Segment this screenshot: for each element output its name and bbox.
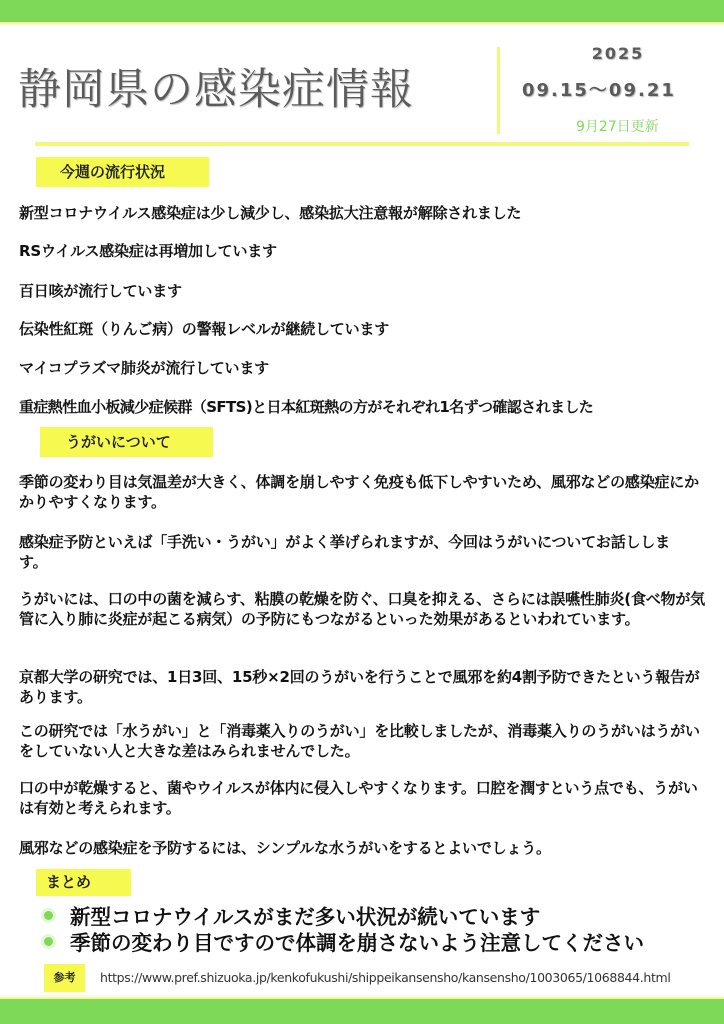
- gargle-paragraph: うがいには、口の中の菌を減らす、粘膜の乾燥を防ぐ、口臭を抑える、さらには誤嚥性肺…: [19, 589, 709, 629]
- bullet-dot-icon: [44, 937, 53, 946]
- reference-label: 参考: [44, 964, 85, 992]
- gargle-paragraph: 京都大学の研究では、1日3回、15秒×2回のうがいを行うことで風邪を約4割予防で…: [19, 667, 709, 707]
- summary-item: 季節の変わり目ですので体調を崩さないよう注意してください: [44, 926, 644, 956]
- bullet-dot-icon: [44, 911, 53, 920]
- status-item: RSウイルス感染症は再増加しています: [19, 240, 277, 261]
- header-divider-horizontal: [35, 142, 689, 146]
- top-band-yellow-edge: [0, 22, 724, 26]
- section-heading-summary: まとめ: [36, 869, 131, 896]
- report-year: 2025: [505, 44, 724, 63]
- gargle-paragraph: 季節の変わり目は気温差が大きく、体調を崩しやすく免疫も低下しやすいため、風邪など…: [19, 472, 709, 512]
- top-green-band: [0, 0, 724, 22]
- header-divider-vertical: [497, 47, 500, 134]
- status-item: 伝染性紅斑（りんご病）の警報レベルが継続しています: [19, 318, 389, 339]
- updated-date: 9月27日更新: [576, 116, 659, 136]
- status-item: マイコプラズマ肺炎が流行しています: [19, 357, 269, 378]
- gargle-paragraph: 風邪などの感染症を予防するには、シンプルな水うがいをするとよいでしょう。: [19, 838, 709, 858]
- summary-item-text: 季節の変わり目ですので体調を崩さないよう注意してください: [70, 926, 644, 956]
- report-date-range: 09.15～09.21: [522, 76, 712, 102]
- page-title: 静岡県の感染症情報: [18, 60, 414, 120]
- section-heading-gargle: うがいについて: [40, 427, 213, 457]
- section-heading-status: 今週の流行状況: [36, 157, 209, 187]
- gargle-paragraph: この研究では「水うがい」と「消毒薬入りのうがい」を比較しましたが、消毒薬入りのう…: [19, 721, 709, 761]
- gargle-paragraph: 感染症予防といえば「手洗い・うがい」がよく挙げられますが、今回はうがいについてお…: [19, 532, 689, 572]
- gargle-paragraph: 口の中が乾燥すると、菌やウイルスが体内に侵入しやすくなります。口腔を潤すという点…: [19, 778, 709, 818]
- status-item: 重症熱性血小板減少症候群（SFTS)と日本紅斑熱の方がそれぞれ1名ずつ確認されま…: [19, 396, 593, 417]
- status-item: 百日咳が流行しています: [19, 280, 182, 301]
- bottom-green-band: [0, 999, 724, 1024]
- status-item: 新型コロナウイルス感染症は少し減少し、感染拡大注意報が解除されました: [19, 202, 521, 223]
- reference-link[interactable]: https://www.pref.shizuoka.jp/kenkofukush…: [100, 970, 670, 985]
